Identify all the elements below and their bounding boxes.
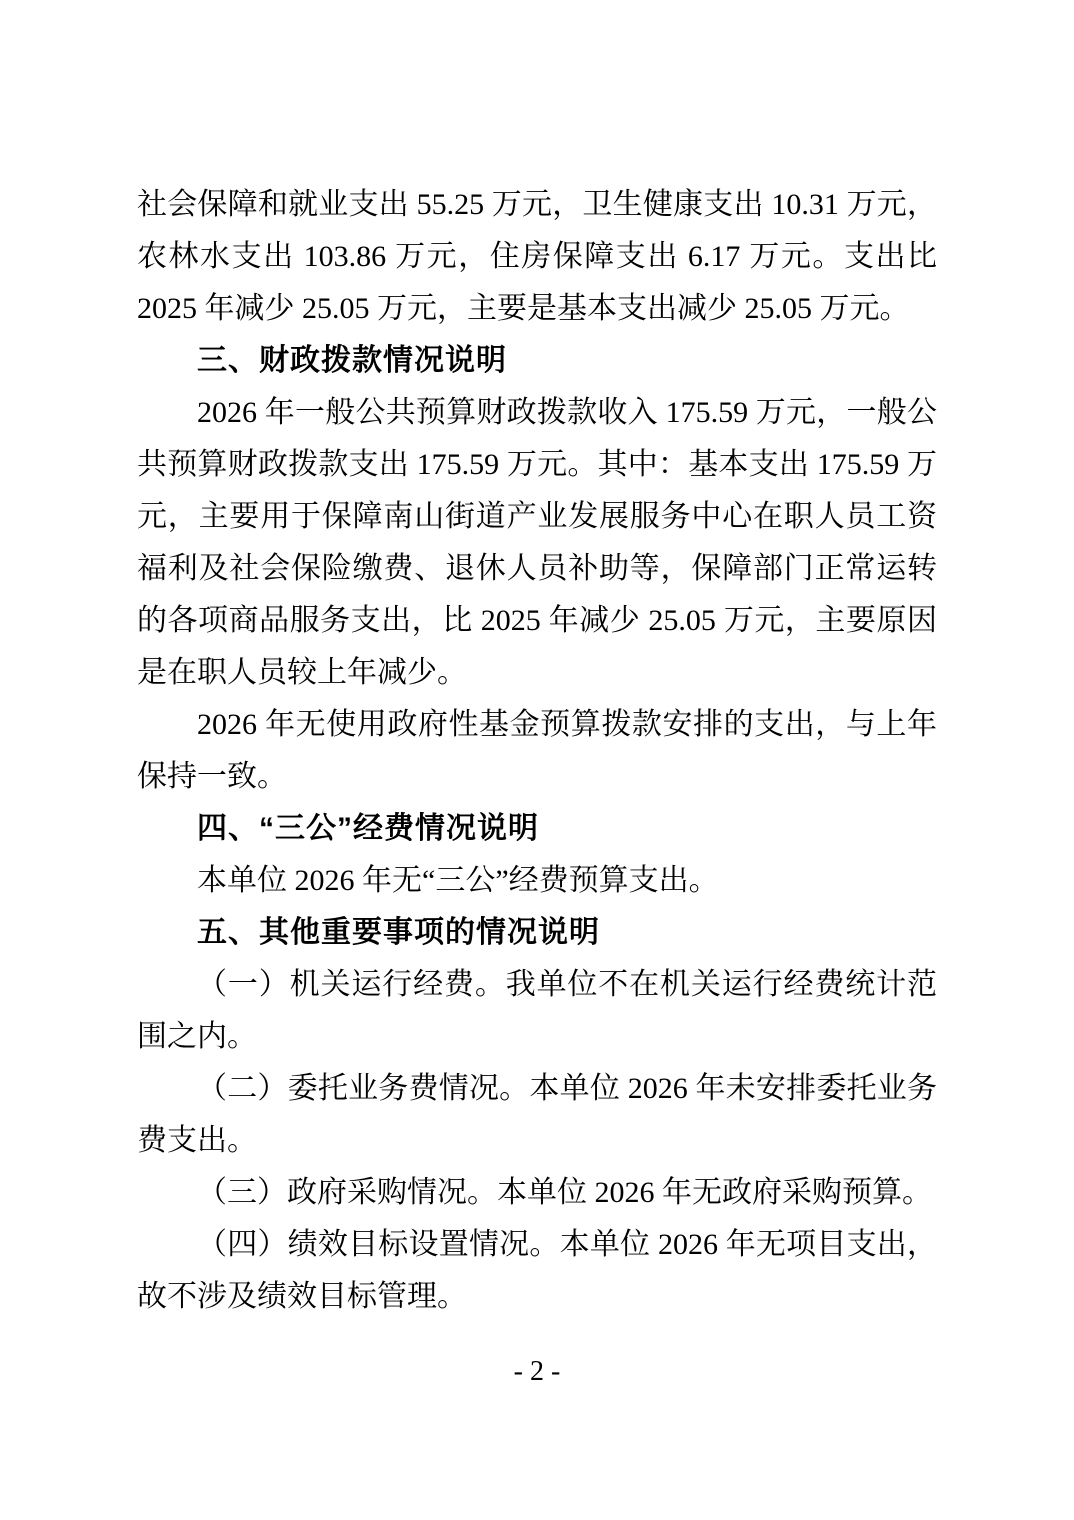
paragraph-government-procurement: （三）政府采购情况。本单位 2026 年无政府采购预算。 [137, 1167, 937, 1219]
section-heading-fiscal-allocation: 三、财政拨款情况说明 [137, 335, 937, 387]
paragraph-agency-operating-funds: （一）机关运行经费。我单位不在机关运行经费统计范围之内。 [137, 959, 937, 1063]
paragraph-performance-targets: （四）绩效目标设置情况。本单位 2026 年无项目支出，故不涉及绩效目标管理。 [137, 1219, 937, 1323]
paragraph-general-budget-allocation: 2026 年一般公共预算财政拨款收入 175.59 万元，一般公共预算财政拨款支… [137, 387, 937, 699]
section-heading-three-public-expenses: 四、“三公”经费情况说明 [137, 803, 937, 855]
paragraph-government-fund-budget: 2026 年无使用政府性基金预算拨款安排的支出，与上年保持一致。 [137, 699, 937, 803]
section-heading-other-important-matters: 五、其他重要事项的情况说明 [137, 907, 937, 959]
page-number: - 2 - [0, 1352, 1074, 1392]
paragraph-social-security-spending: 社会保障和就业支出 55.25 万元，卫生健康支出 10.31 万元，农林水支出… [137, 179, 937, 335]
paragraph-three-public-expenses: 本单位 2026 年无“三公”经费预算支出。 [137, 855, 937, 907]
document-body: 社会保障和就业支出 55.25 万元，卫生健康支出 10.31 万元，农林水支出… [137, 179, 937, 1323]
paragraph-entrusted-business-fees: （二）委托业务费情况。本单位 2026 年未安排委托业务费支出。 [137, 1063, 937, 1167]
document-page: 社会保障和就业支出 55.25 万元，卫生健康支出 10.31 万元，农林水支出… [0, 0, 1074, 1520]
